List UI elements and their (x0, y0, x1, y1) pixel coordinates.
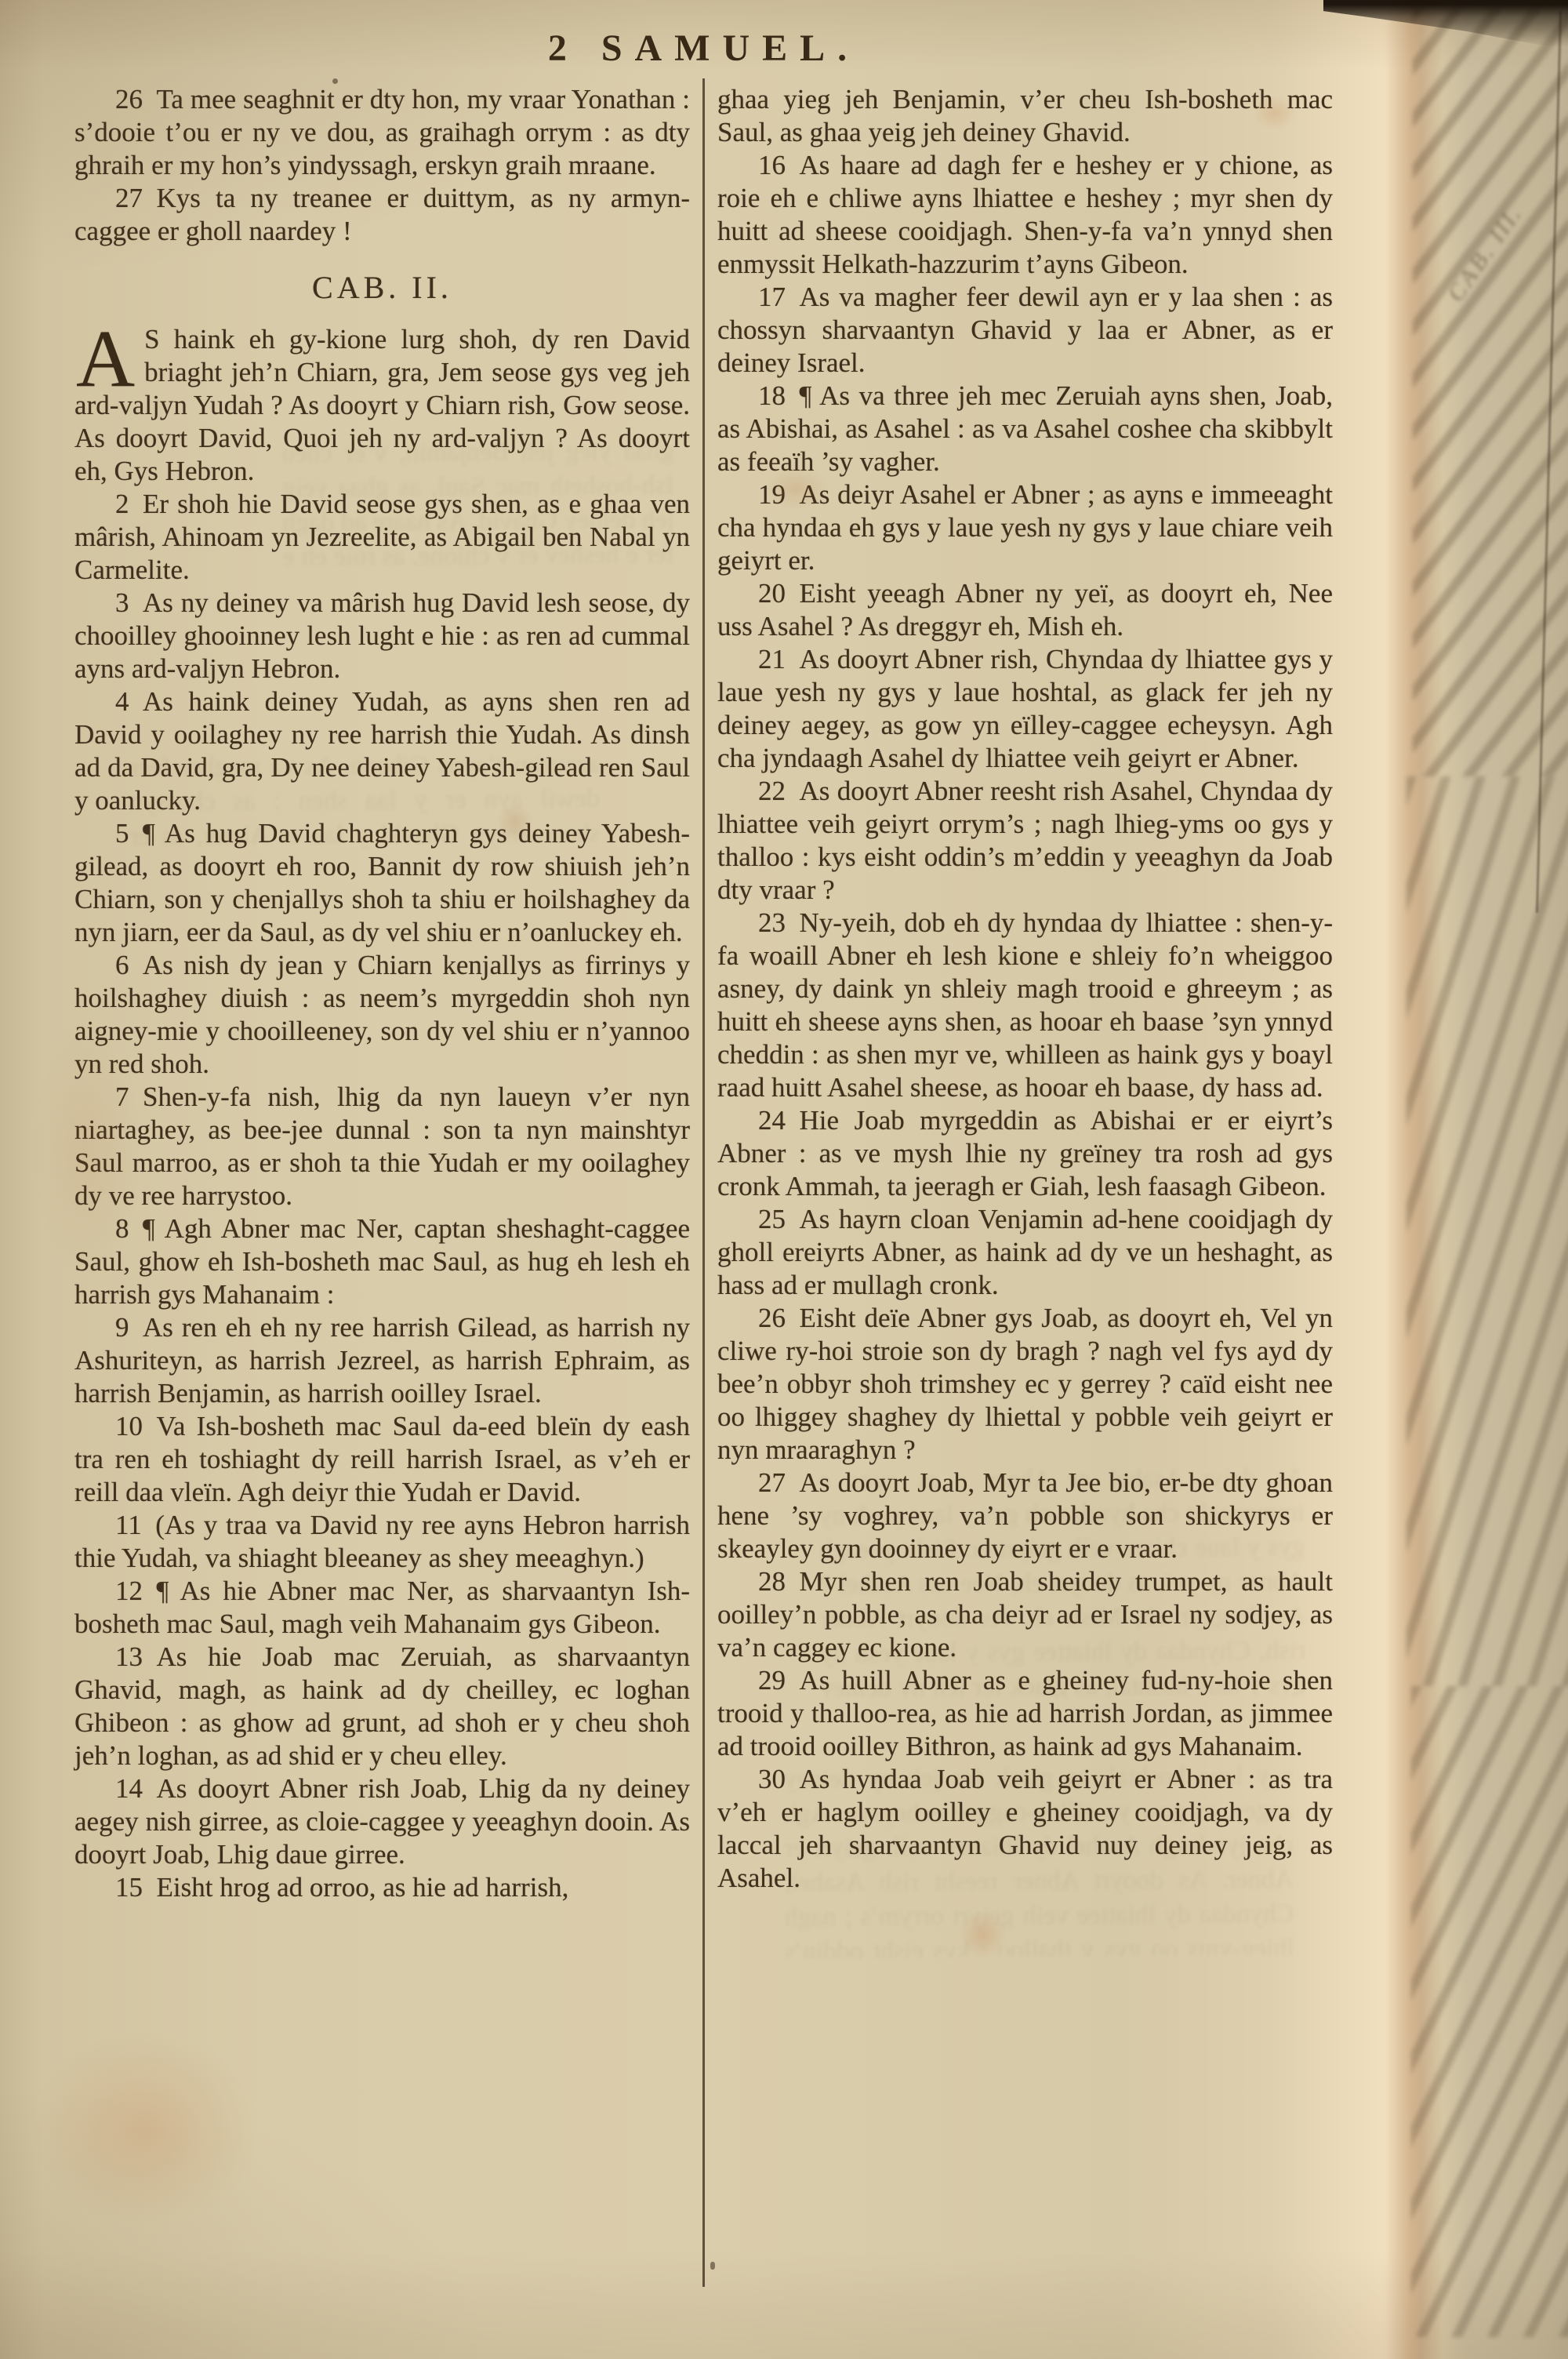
verse-number: 23 (758, 907, 800, 938)
verse: 26 Ta mee seaghnit er dty hon, my vraar … (74, 83, 690, 182)
verse: 27 As dooyrt Joab, Myr ta Jee bio, er-be… (717, 1467, 1333, 1565)
verse: 8 ¶ Agh Abner mac Ner, captan sheshaght-… (74, 1212, 690, 1311)
verse-number: 13 (115, 1641, 157, 1672)
ink-speck (550, 929, 554, 932)
verse: 25 As hayrn cloan Venjamin ad-hene cooid… (717, 1203, 1333, 1302)
verse: 7 Shen-y-fa nish, lhig da nyn laueyn v’e… (74, 1081, 690, 1212)
verse-number: 16 (758, 150, 800, 180)
verse-number: 27 (115, 183, 157, 213)
verse-number: 11 (115, 1510, 155, 1540)
ink-speck (332, 78, 338, 84)
verse-number: 28 (758, 1566, 800, 1597)
verse-number: 20 (758, 578, 800, 609)
gutter-shadow (1386, 0, 1443, 2359)
verse: 18 ¶ As va three jeh mec Zeruiah ayns sh… (717, 380, 1333, 478)
book-photo: 2 SAMUEL. 26 Ta mee seaghnit er dty hon,… (0, 0, 1568, 2359)
verse-number: 8 (115, 1213, 143, 1244)
verse: 24 Hie Joab myrgeddin as Abishai er er e… (717, 1104, 1333, 1203)
verse: 11 (As y traa va David ny ree ayns Hebro… (74, 1509, 690, 1575)
verse: 19 As deiyr Asahel er Abner ; as ayns e … (717, 478, 1333, 577)
verse: 2 Er shoh hie David seose gys shen, as e… (74, 488, 690, 587)
ink-speck (710, 2262, 715, 2270)
verse: 3 As ny deiney va mârish hug David lesh … (74, 587, 690, 685)
verse: 14 As dooyrt Abner rish Joab, Lhig da ny… (74, 1772, 690, 1871)
verse: 20 Eisht yeeagh Abner ny yeï, as dooyrt … (717, 577, 1333, 643)
verse: 21 As dooyrt Abner rish, Chyndaa dy lhia… (717, 643, 1333, 775)
verse: 27 Kys ta ny treanee er duittym, as ny a… (74, 182, 690, 248)
verse-number: 22 (758, 776, 800, 806)
verse: 30 As hyndaa Joab veih geiyrt er Abner :… (717, 1763, 1333, 1895)
chapter-heading: CAB. II. (74, 271, 690, 304)
verse-number: 30 (758, 1764, 800, 1794)
verse-number: 2 (115, 489, 143, 519)
verse: 15 Eisht hrog ad orroo, as hie ad harris… (74, 1871, 690, 1904)
verse-number: 25 (758, 1204, 800, 1234)
verse-number: 14 (115, 1773, 157, 1804)
verse-number: 9 (115, 1312, 143, 1343)
verse-number: 3 (115, 587, 143, 618)
verse-number: 21 (758, 644, 800, 674)
verse: 5 ¶ As hug David chaghteryn gys deiney Y… (74, 817, 690, 949)
verse-number: 6 (115, 950, 143, 980)
right-column: ghaa yieg jeh Benjamin, v’er cheu Ish-bo… (717, 83, 1333, 1895)
verse: 12 ¶ As hie Abner mac Ner, as sharvaanty… (74, 1575, 690, 1641)
page-title: 2 SAMUEL. (74, 27, 1333, 70)
verse-number: 24 (758, 1105, 800, 1136)
column-divider (702, 78, 705, 2287)
verse: 9 As ren eh eh ny ree harrish Gilead, as… (74, 1311, 690, 1410)
verse-number: 15 (115, 1872, 157, 1903)
verse-number: 12 (115, 1576, 157, 1606)
verse: 23 Ny-yeih, dob eh dy hyndaa dy lhiattee… (717, 907, 1333, 1104)
verse-number: 26 (115, 84, 157, 114)
verse: 16 As haare ad dagh fer e heshey er y ch… (717, 149, 1333, 281)
verse: 22 As dooyrt Abner reesht rish Asahel, C… (717, 775, 1333, 907)
verse-number: 18 (758, 380, 800, 411)
verse-number: 4 (115, 686, 143, 717)
verse: 26 Eisht deïe Abner gys Joab, as dooyrt … (717, 1302, 1333, 1467)
verse-number: 10 (115, 1411, 157, 1441)
drop-cap: A (74, 323, 144, 389)
verse-number: 5 (115, 818, 143, 849)
verse-number: 17 (758, 282, 800, 312)
verse: 28 Myr shen ren Joab sheidey trumpet, as… (717, 1565, 1333, 1664)
verse-number: 7 (115, 1081, 143, 1112)
verse: AS haink eh gy-kione lurg shoh, dy ren D… (74, 323, 690, 488)
verse-number: 29 (758, 1665, 800, 1696)
verse: 13 As hie Joab mac Zeruiah, as sharvaant… (74, 1641, 690, 1772)
verse: 6 As nish dy jean y Chiarn kenjallys as … (74, 949, 690, 1081)
verse-number: 26 (758, 1303, 800, 1333)
verse: 17 As va magher feer dewil ayn er y laa … (717, 281, 1333, 380)
verse-number: 19 (758, 479, 800, 510)
verse: 4 As haink deiney Yudah, as ayns shen re… (74, 685, 690, 817)
verse-continuation: ghaa yieg jeh Benjamin, v’er cheu Ish-bo… (717, 83, 1333, 149)
verse: 29 As huill Abner as e gheiney fud-ny-ho… (717, 1664, 1333, 1763)
ink-speck (1178, 696, 1181, 700)
left-column: 26 Ta mee seaghnit er dty hon, my vraar … (74, 83, 690, 1904)
verse: 10 Va Ish-bosheth mac Saul da-eed bleïn … (74, 1410, 690, 1509)
verse-number: 27 (758, 1467, 800, 1498)
